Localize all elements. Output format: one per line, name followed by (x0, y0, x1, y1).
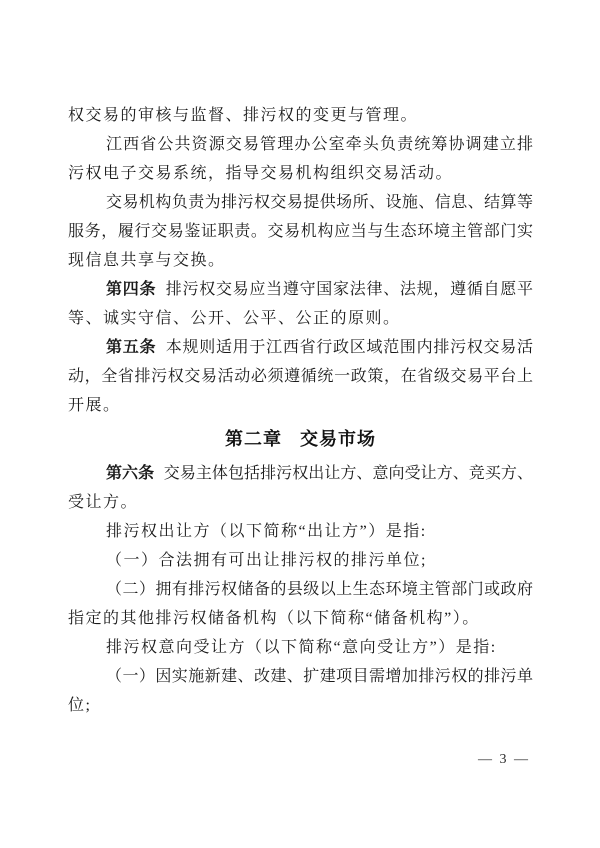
document-line: 动，全省排污权交易活动必须遵循统一政策，在省级交易平台上 (68, 362, 533, 391)
document-line: 指定的其他排污权储备机构（以下简称“储备机构”）。 (68, 604, 533, 633)
line-text: 排污权出让方（以下简称“出让方”）是指: (106, 523, 427, 540)
article-number: 第六条 (106, 465, 154, 482)
document-line: （二）拥有排污权储备的县级以上生态环境主管部门或政府 (68, 575, 533, 604)
document-line: （一）因实施新建、改建、扩建项目需增加排污权的排污单 (68, 662, 533, 691)
document-line: 排污权意向受让方（以下简称“意向受让方”）是指: (68, 633, 533, 662)
document-line: 受让方。 (68, 488, 533, 517)
document-page: 权交易的审核与监督、排污权的变更与管理。江西省公共资源交易管理办公室牵头负责统筹… (0, 0, 600, 848)
document-line: 权交易的审核与监督、排污权的变更与管理。 (68, 101, 533, 130)
document-line: 服务，履行交易鉴证职责。交易机构应当与生态环境主管部门实 (68, 217, 533, 246)
line-text: 交易机构负责为排污权交易提供场所、设施、信息、结算等 (106, 194, 533, 211)
chapter-heading: 第二章交易市场 (68, 425, 533, 454)
document-line: 污权电子交易系统，指导交易机构组织交易活动。 (68, 159, 533, 188)
document-line: 等、诚实守信、公开、公平、公正的原则。 (68, 304, 533, 333)
document-line: 位; (68, 691, 533, 720)
line-text: （二）拥有排污权储备的县级以上生态环境主管部门或政府 (106, 581, 533, 598)
line-text: 开展。 (68, 397, 121, 414)
document-line: 开展。 (68, 391, 533, 420)
line-text: 服务，履行交易鉴证职责。交易机构应当与生态环境主管部门实 (68, 223, 533, 240)
text-block: 权交易的审核与监督、排污权的变更与管理。江西省公共资源交易管理办公室牵头负责统筹… (68, 101, 533, 720)
line-text: 动，全省排污权交易活动必须遵循统一政策，在省级交易平台上 (68, 368, 533, 385)
line-text: 交易主体包括排污权出让方、意向受让方、竞买方、 (164, 465, 533, 482)
line-text: 等、诚实守信、公开、公平、公正的原则。 (68, 310, 401, 327)
line-text: 现信息共享与交换。 (68, 252, 226, 269)
document-line: 江西省公共资源交易管理办公室牵头负责统筹协调建立排 (68, 130, 533, 159)
chapter-title: 交易市场 (300, 429, 376, 449)
document-line: 第五条本规则适用于江西省行政区域范围内排污权交易活 (68, 333, 533, 362)
line-text: 江西省公共资源交易管理办公室牵头负责统筹协调建立排 (106, 136, 533, 153)
line-text: 排污权意向受让方（以下简称“意向受让方”）是指: (106, 639, 497, 656)
document-line: 第六条交易主体包括排污权出让方、意向受让方、竞买方、 (68, 459, 533, 488)
line-text: 本规则适用于江西省行政区域范围内排污权交易活 (166, 339, 533, 356)
line-text: 污权电子交易系统，指导交易机构组织交易活动。 (68, 165, 453, 182)
chapter-number: 第二章 (225, 429, 282, 449)
document-line: 现信息共享与交换。 (68, 246, 533, 275)
line-text: 排污权交易应当遵守国家法律、法规，遵循自愿平 (166, 281, 533, 298)
line-text: （一）合法拥有可出让排污权的排污单位; (106, 552, 427, 569)
line-text: 受让方。 (68, 494, 138, 511)
line-text: 指定的其他排污权储备机构（以下简称“储备机构”）。 (68, 610, 480, 627)
article-number: 第五条 (106, 339, 156, 356)
document-line: 排污权出让方（以下简称“出让方”）是指: (68, 517, 533, 546)
article-number: 第四条 (106, 281, 156, 298)
line-text: （一）因实施新建、改建、扩建项目需增加排污权的排污单 (106, 668, 533, 685)
page-number: — 3 — (478, 750, 530, 770)
document-line: （一）合法拥有可出让排污权的排污单位; (68, 546, 533, 575)
line-text: 位; (68, 697, 91, 714)
document-line: 第四条排污权交易应当遵守国家法律、法规，遵循自愿平 (68, 275, 533, 304)
line-text: 权交易的审核与监督、排污权的变更与管理。 (68, 107, 418, 124)
document-line: 交易机构负责为排污权交易提供场所、设施、信息、结算等 (68, 188, 533, 217)
